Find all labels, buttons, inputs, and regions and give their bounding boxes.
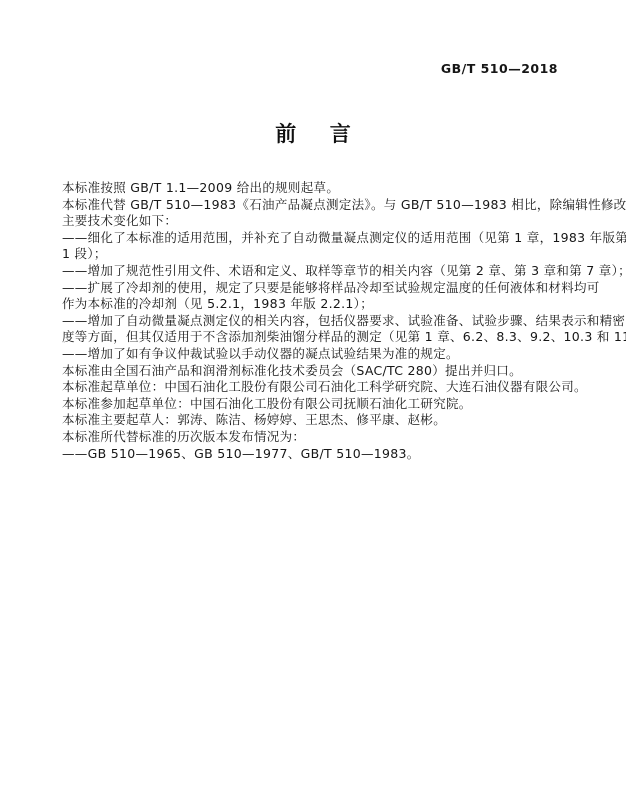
foreword-line-dash-item: ——增加了自动微量凝点测定仪的相关内容，包括仪器要求、试验准备、试验步骤、结果表… bbox=[62, 313, 566, 330]
foreword-line: 本标准代替 GB/T 510—1983《石油产品凝点测定法》。与 GB/T 51… bbox=[62, 197, 566, 214]
foreword-line: 本标准所代替标准的历次版本发布情况为： bbox=[62, 429, 566, 446]
foreword-line-dash-item: ——增加了如有争议仲裁试验以手动仪器的凝点试验结果为准的规定。 bbox=[62, 346, 566, 363]
foreword-line: 本标准按照 GB/T 1.1—2009 给出的规则起草。 bbox=[62, 180, 566, 197]
foreword-line: 本标准主要起草人：郭涛、陈洁、杨婷婷、王思杰、修平康、赵彬。 bbox=[62, 412, 566, 429]
foreword-line-dash-item: ——扩展了冷却剂的使用，规定了只要是能够将样品冷却至试验规定温度的任何液体和材料… bbox=[62, 280, 566, 297]
foreword-line-dash-item: ——增加了规范性引用文件、术语和定义、取样等章节的相关内容（见第 2 章、第 3… bbox=[62, 263, 566, 280]
foreword-title: 前言 bbox=[0, 118, 626, 148]
foreword-line-continuation: 1 段）； bbox=[62, 246, 566, 263]
foreword-line: 本标准由全国石油产品和润滑剂标准化技术委员会（SAC/TC 280）提出并归口。 bbox=[62, 363, 566, 380]
foreword-line-continuation: 作为本标准的冷却剂（见 5.2.1，1983 年版 2.2.1）； bbox=[62, 296, 566, 313]
foreword-line-dash-item: ——GB 510—1965、GB 510—1977、GB/T 510—1983。 bbox=[62, 446, 566, 463]
foreword-line: 本标准参加起草单位：中国石油化工股份有限公司抚顺石油化工研究院。 bbox=[62, 396, 566, 413]
foreword-line-dash-item: ——细化了本标准的适用范围，并补充了自动微量凝点测定仪的适用范围（见第 1 章，… bbox=[62, 230, 566, 247]
foreword-line: 主要技术变化如下： bbox=[62, 213, 566, 230]
document-page: GB/T 510—2018 前言 本标准按照 GB/T 1.1—2009 给出的… bbox=[0, 0, 626, 788]
foreword-line-continuation: 度等方面，但其仅适用于不含添加剂柴油馏分样品的测定（见第 1 章、6.2、8.3… bbox=[62, 329, 566, 346]
standard-code: GB/T 510—2018 bbox=[0, 0, 626, 76]
foreword-line: 本标准起草单位：中国石油化工股份有限公司石油化工科学研究院、大连石油仪器有限公司… bbox=[62, 379, 566, 396]
foreword-body: 本标准按照 GB/T 1.1—2009 给出的规则起草。 本标准代替 GB/T … bbox=[62, 180, 566, 462]
